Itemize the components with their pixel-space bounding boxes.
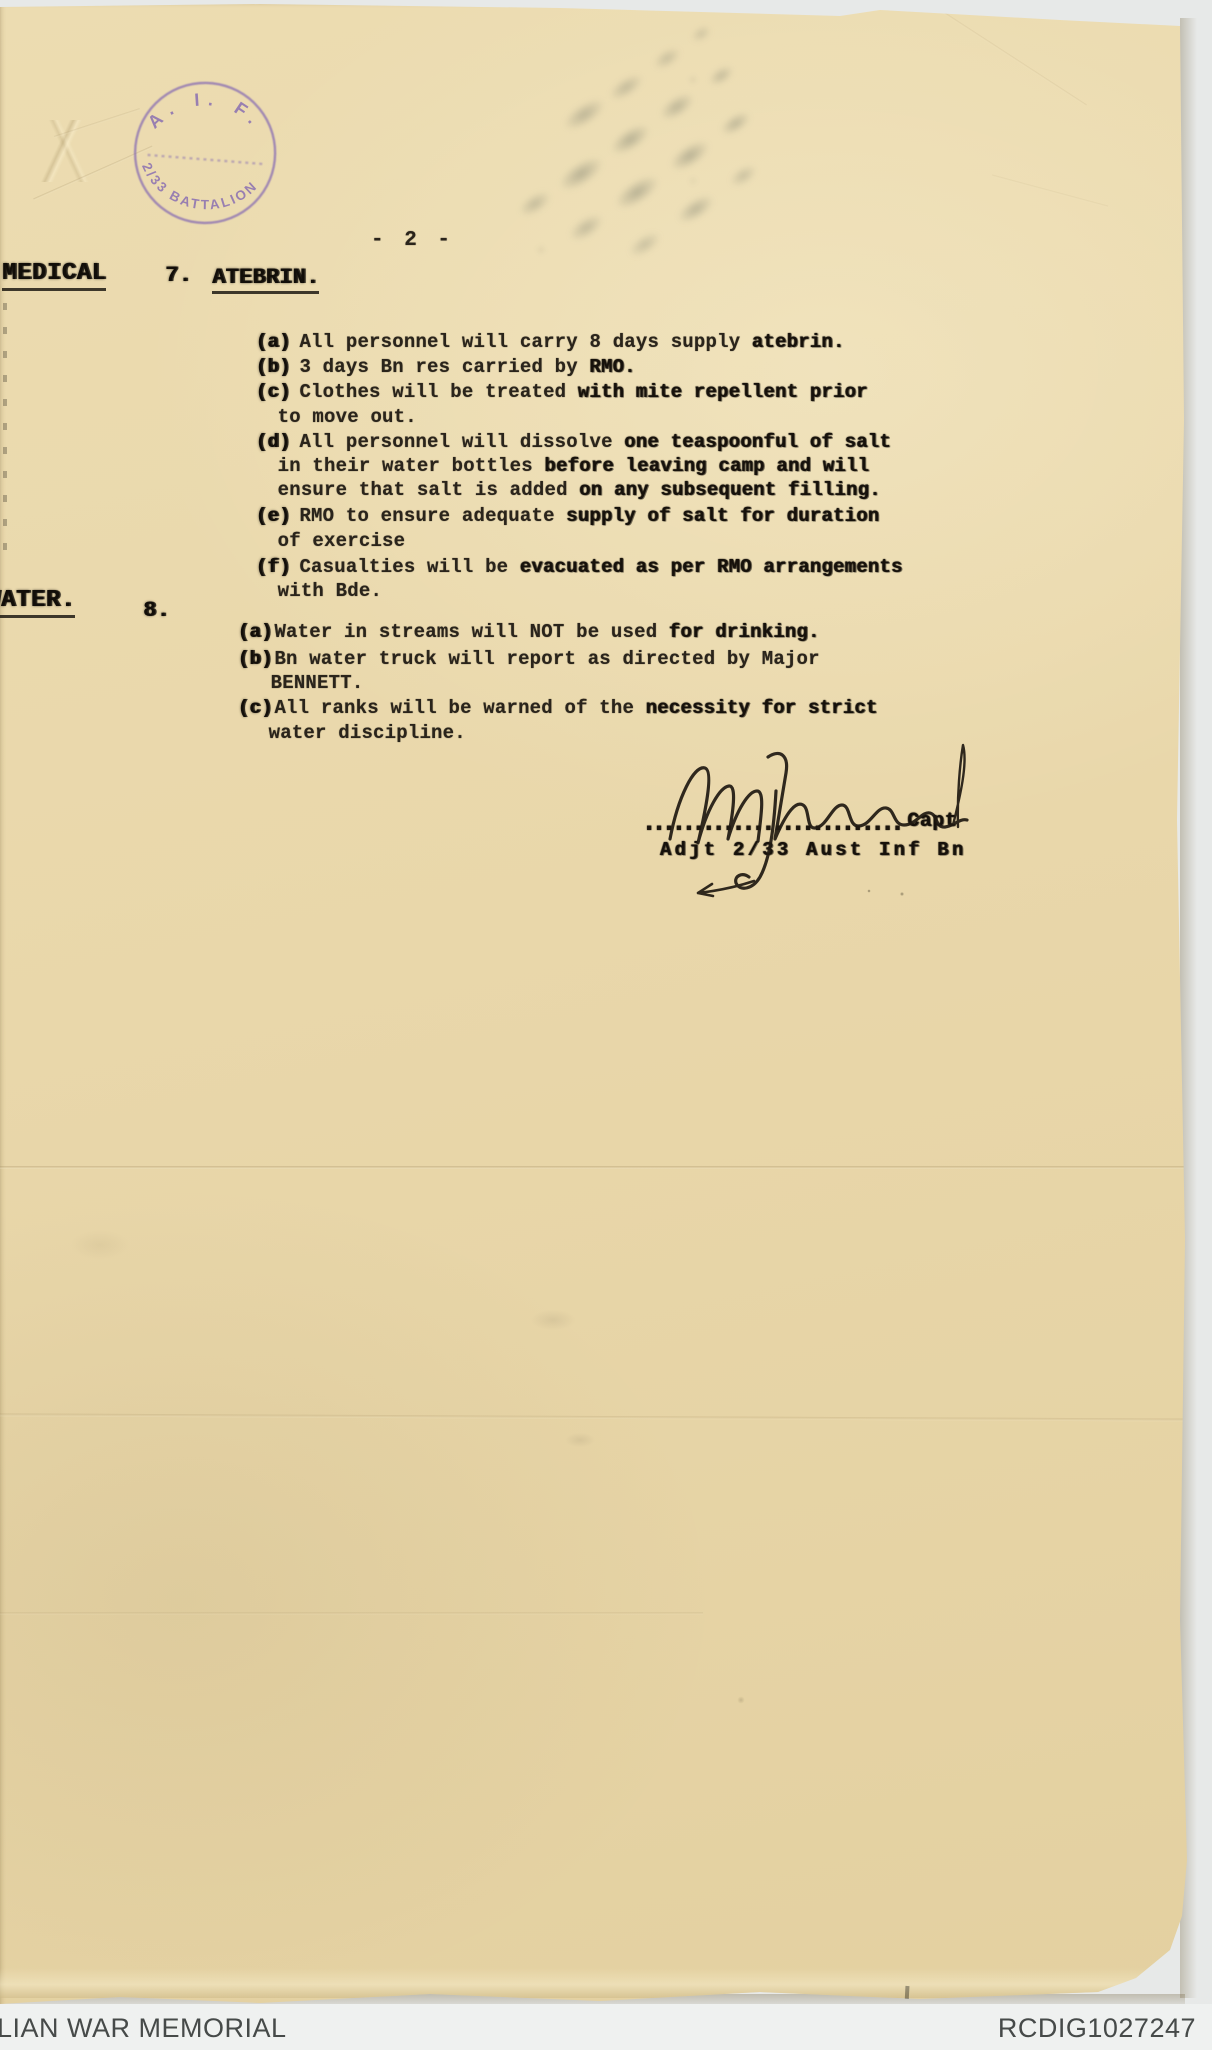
stamp-arc-bottom-text: 2/33 BATTALION bbox=[135, 159, 263, 218]
crease-line bbox=[0, 1166, 1212, 1169]
battalion-stamp: A. I. F. 2/33 BATTALION bbox=[109, 57, 302, 250]
list-item-continuation: water discipline. bbox=[199, 700, 466, 766]
ink-bleed-stain bbox=[442, 0, 828, 339]
item-text-overstruck: atebrin. bbox=[752, 331, 845, 353]
margin-label-water: WATER. bbox=[0, 587, 75, 618]
section-heading: ATEBRIN. bbox=[212, 265, 319, 294]
item-text-overstruck: necessity for strict bbox=[646, 697, 878, 719]
paper-shadow-right bbox=[1180, 18, 1200, 1998]
section-number: 7. bbox=[165, 263, 192, 288]
archive-item-id: RCDIG1027247 bbox=[998, 2013, 1196, 2044]
item-text-overstruck: with mite repellent prior bbox=[578, 381, 868, 403]
wrinkle-line bbox=[992, 175, 1108, 208]
crease-line bbox=[0, 1413, 1212, 1421]
scanned-document-page: A. I. F. 2/33 BATTALION - 2 - MEDICAL 7.… bbox=[0, 0, 1212, 2050]
page-number: - 2 - bbox=[371, 229, 454, 252]
crease-line bbox=[0, 1612, 703, 1615]
deckle-edge-highlight bbox=[0, 1968, 1212, 1998]
paper-specks bbox=[0, 0, 1212, 2050]
svg-text:2/33 BATTALION: 2/33 BATTALION bbox=[135, 159, 263, 218]
section-number: 8. bbox=[143, 598, 170, 623]
stamp-center-line bbox=[148, 152, 264, 167]
footer-bar: LIAN WAR MEMORIAL RCDIG1027247 bbox=[0, 2004, 1212, 2050]
wrinkle-line bbox=[943, 12, 1087, 106]
staple-emboss-mark bbox=[26, 120, 96, 182]
signature-ink bbox=[608, 735, 1028, 925]
left-margin-marks bbox=[3, 303, 7, 558]
item-text-overstruck: evacuated as per RMO arrangements bbox=[520, 556, 903, 578]
svg-text:A. I. F.: A. I. F. bbox=[142, 83, 270, 144]
item-text-overstruck: supply of salt for duration bbox=[566, 505, 879, 527]
item-text: water discipline. bbox=[269, 722, 466, 744]
archive-name: LIAN WAR MEMORIAL bbox=[0, 2013, 287, 2044]
paper-sheet: A. I. F. 2/33 BATTALION - 2 - MEDICAL 7.… bbox=[0, 0, 1212, 2050]
stamp-arc-top-text: A. I. F. bbox=[142, 83, 270, 144]
margin-label-medical: MEDICAL bbox=[2, 260, 106, 291]
